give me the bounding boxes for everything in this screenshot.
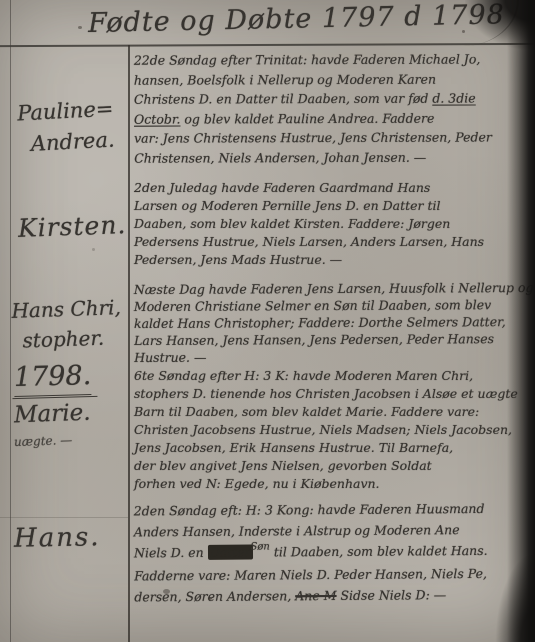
- margin-name-hans: Hans.: [14, 522, 101, 554]
- entry-text-line: stophers D. tienende hos Christen Jacobs…: [134, 385, 528, 403]
- entry-text-segment: Sidse Niels D: —: [336, 587, 446, 603]
- entry-text-line: 6te Søndag efter H: 3 K: havde Moderen M…: [134, 367, 528, 385]
- entry-text-line: hansen, Boelsfolk i Nellerup og Moderen …: [134, 69, 528, 90]
- entry-text-line: Næste Dag havde Faderen Jens Larsen, Huu…: [134, 279, 528, 298]
- entry-text-line: Christensen, Niels Andersen, Johan Jense…: [134, 147, 528, 168]
- margin-name-line: Pauline=: [17, 97, 114, 126]
- margin-name-line: Hans Chri,: [11, 295, 121, 323]
- entry-text-line: Christen Jacobsens Hustrue, Niels Madsen…: [134, 421, 528, 439]
- entry-text-line: Pedersen, Jens Mads Hustrue. —: [134, 251, 528, 269]
- paper-stain: [163, 589, 170, 594]
- entry-text-line: Hustrue. —: [134, 347, 528, 366]
- underlined-date: d. 3die: [432, 90, 475, 105]
- margin-name-kirsten: Kirsten.: [18, 210, 127, 243]
- entry-text-line: Barn til Daaben, som blev kaldet Marie. …: [134, 403, 528, 421]
- entry-text-line: Christens D. en Datter til Daaben, som v…: [134, 88, 528, 109]
- entry-text-line: Moderen Christiane Selmer en Søn til Daa…: [134, 296, 528, 315]
- entry-text-line: dersen, Søren Andersen, Ane M Sidse Niel…: [134, 584, 528, 608]
- entry-text-line: kaldet Hans Christopher; Faddere: Dorthe…: [134, 313, 528, 332]
- paper-stain: [208, 597, 212, 600]
- margin-name-line: stopher.: [22, 326, 104, 353]
- entry-text-segment: til Daaben, som blev kaldet Hans.: [270, 543, 488, 560]
- entry-text-line: 2den Søndag eft: H: 3 Kong: havde Fadere…: [134, 498, 528, 522]
- top-right-corner-shadow: [465, 0, 535, 50]
- entry-text-line: Niels D. en DatterSøn til Daaben, som bl…: [134, 540, 528, 566]
- register-entry-marie: 6te Søndag efter H: 3 K: havde Moderen M…: [134, 367, 528, 493]
- entry-text-line: 22de Søndag efter Trinitat: havde Fadere…: [134, 49, 528, 70]
- entry-text-line: Jens Jacobsen, Erik Hansens Hustrue. Til…: [134, 439, 528, 457]
- bottom-right-corner-shadow: [495, 552, 535, 642]
- entry-text-line: Octobr. og blev kaldet Pauline Andrea. F…: [134, 108, 528, 129]
- entry-text-line: Anders Hansen, Inderste i Alstrup og Mod…: [134, 519, 528, 543]
- register-entry-pauline-andrea: 22de Søndag efter Trinitat: havde Fadere…: [134, 49, 528, 167]
- margin-name-marie: Marie.: [14, 400, 91, 429]
- entry-text-segment: Niels D. en: [134, 545, 208, 561]
- faint-margin-rule-line: [0, 517, 128, 518]
- superscript-correction: Søn: [250, 541, 269, 552]
- register-entry-hans-christopher: Næste Dag havde Faderen Jens Larsen, Huu…: [134, 279, 528, 366]
- entry-text-line: forhen ved N: Egede, nu i Kiøbenhavn.: [134, 475, 528, 493]
- entry-text-line: Lars Hansen, Jens Hansen, Jens Pedersen,…: [134, 330, 528, 349]
- blotted-out-word: Datter: [208, 545, 253, 560]
- year-label: 1798.: [12, 360, 98, 399]
- manuscript-page: Fødte og Døbte 1797 d 1798 Pauline= Andr…: [0, 0, 535, 642]
- page-title: Fødte og Døbte 1797 d 1798: [88, 0, 469, 39]
- margin-year-1798: 1798.: [12, 360, 98, 399]
- ink-speckle: [78, 26, 82, 29]
- entry-text-line: der blev angivet Jens Nielsen, gevorben …: [134, 457, 528, 475]
- entry-text-line: Fadderne vare: Maren Niels D. Peder Hans…: [134, 563, 528, 587]
- margin-name-line: Andrea.: [30, 128, 115, 156]
- entry-text-line: Larsen og Moderen Pernille Jens D. en Da…: [134, 197, 528, 215]
- left-edge-rule-line: [10, 0, 11, 642]
- header-rule-line: [0, 43, 535, 47]
- margin-name-pauline-andrea: Pauline= Andrea.: [16, 94, 115, 161]
- register-entry-kirsten: 2den Juledag havde Faderen Gaardmand Han…: [134, 179, 528, 269]
- underlined-month: Octobr.: [134, 111, 180, 126]
- entry-text-segment: og blev kaldet Pauline Andrea. Faddere: [180, 110, 434, 126]
- entry-text-line: Daaben, som blev kaldet Kirsten. Faddere…: [134, 215, 528, 233]
- margin-note-marie: uægte. —: [14, 433, 73, 449]
- entry-text-line: Pedersens Hustrue, Niels Larsen, Anders …: [134, 233, 528, 251]
- margin-column-divider-line: [128, 45, 130, 642]
- entry-text-segment: dersen, Søren Andersen,: [134, 588, 295, 604]
- entry-text-line: var: Jens Christensens Hustrue, Jens Chr…: [134, 127, 528, 148]
- entry-text-segment: Christens D. en Datter til Daaben, som v…: [134, 91, 432, 107]
- struck-through-name: Ane M: [295, 588, 336, 603]
- entry-text-line: 2den Juledag havde Faderen Gaardmand Han…: [134, 179, 528, 197]
- register-entry-hans: 2den Søndag eft: H: 3 Kong: havde Fadere…: [134, 498, 529, 608]
- margin-name-hans-christopher: Hans Chri, stopher.: [11, 292, 122, 356]
- ink-speckle: [462, 30, 465, 33]
- book-gutter-shadow: [507, 0, 535, 642]
- ink-speckle: [92, 248, 95, 251]
